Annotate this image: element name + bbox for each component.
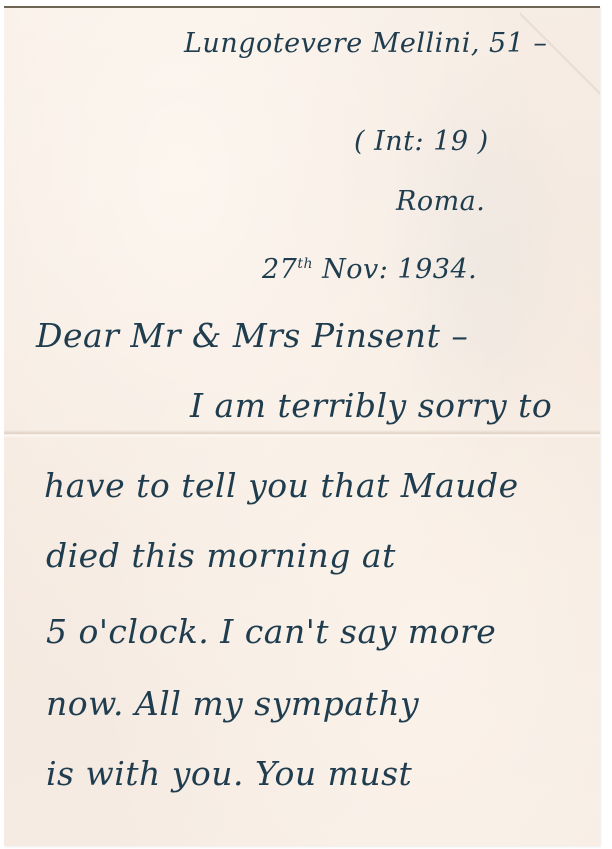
body-line-5: now. All my sympathy xyxy=(46,684,419,723)
letter-page: Lungotevere Mellini, 51 – ( Int: 19 ) Ro… xyxy=(4,6,600,846)
date: 27th Nov: 1934. xyxy=(262,254,477,285)
address-line-2: ( Int: 19 ) xyxy=(354,126,489,157)
body-line-6: is with you. You must xyxy=(46,754,412,793)
address-line-1: Lungotevere Mellini, 51 – xyxy=(184,28,547,59)
salutation: Dear Mr & Mrs Pinsent – xyxy=(36,316,468,355)
date-suffix: th xyxy=(297,256,313,272)
paper-fold-line xyxy=(4,430,600,438)
body-line-2: have to tell you that Maude xyxy=(44,466,519,505)
city: Roma. xyxy=(396,186,485,217)
body-line-1: I am terribly sorry to xyxy=(190,386,552,425)
body-line-4: 5 o'clock. I can't say more xyxy=(46,612,496,651)
date-day: 27 xyxy=(262,254,297,285)
date-rest: Nov: 1934. xyxy=(322,254,477,285)
body-line-3: died this morning at xyxy=(46,536,396,575)
